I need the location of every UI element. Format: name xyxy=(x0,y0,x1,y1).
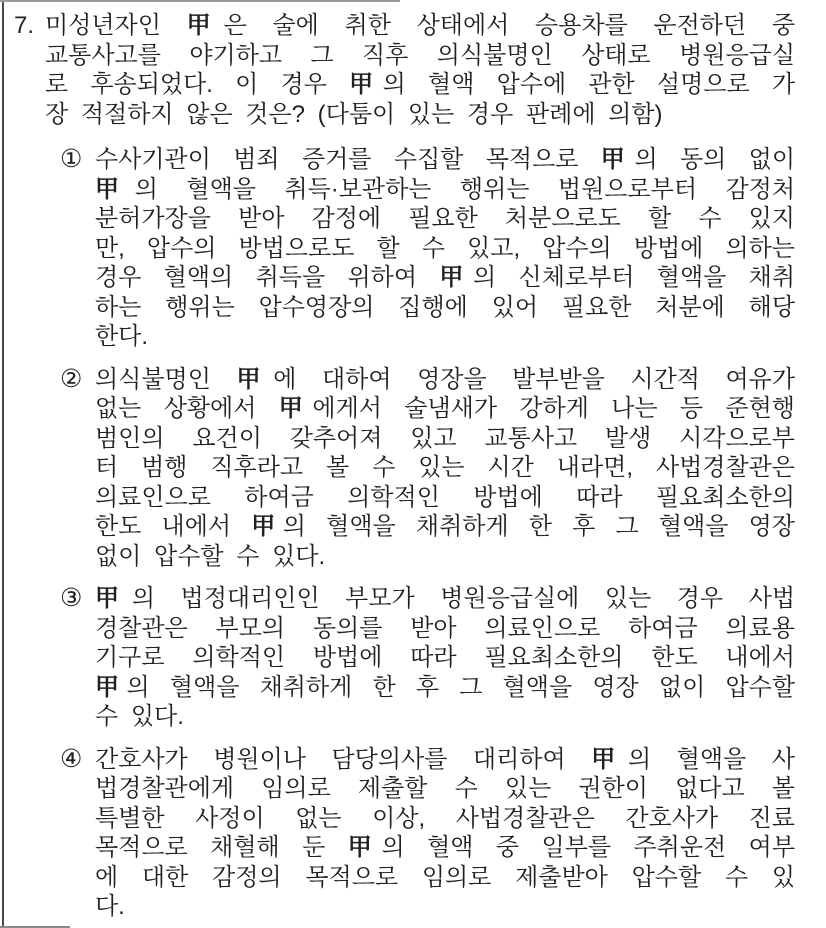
emphasis-hanja: 甲 xyxy=(251,513,283,540)
option-line: 의식불명인 甲에 대하여 영장을 발부받을 시간적 여유가 xyxy=(95,365,795,395)
option-line: 터 범행 직후라고 볼 수 있는 시간 내라면, 사법경찰관은 xyxy=(95,453,795,483)
option-line: 없이 압수할 수 있다. xyxy=(95,542,795,572)
question-line: 미성년자인 甲은 술에 취한 상태에서 승용차를 운전하던 중 xyxy=(45,11,795,41)
option-line: 경우 혈액의 취득을 위하여 甲의 신체로부터 혈액을 채취 xyxy=(95,263,795,293)
option-item: ④간호사가 병원이나 담당의사를 대리하여 甲의 혈액을 사법경찰관에게 임의로… xyxy=(60,745,795,922)
option-line: 범인의 요건이 갖추어져 있고 교통사고 발생 시각으로부 xyxy=(95,424,795,454)
option-line: 甲의 법정대리인인 부모가 병원응급실에 있는 경우 사법 xyxy=(95,584,795,614)
option-line: 법경찰관에게 임의로 제출할 수 있는 권한이 없다고 볼 xyxy=(95,774,795,804)
option-line: 하는 행위는 압수영장의 집행에 있어 필요한 처분에 해당 xyxy=(95,293,795,323)
scan-top-hairline xyxy=(0,0,400,2)
emphasis-hanja: 甲 xyxy=(95,585,132,612)
option-line: 수사기관이 범죄 증거를 수집할 목적으로 甲의 동의 없이 xyxy=(95,145,795,175)
option-line: 만, 압수의 방법으로도 할 수 있고, 압수의 방법에 의하는 xyxy=(95,234,795,264)
option-line: 없는 상황에서 甲에게서 술냄새가 강하게 나는 등 준현행 xyxy=(95,394,795,424)
emphasis-hanja: 甲 xyxy=(349,71,383,98)
option-line: 특별한 사정이 없는 이상, 사법경찰관은 간호사가 진료 xyxy=(95,804,795,834)
question-line: 로 후송되었다. 이 경우 甲의 혈액 압수에 관한 설명으로 가 xyxy=(45,70,795,100)
column-divider-line xyxy=(2,0,4,928)
question-block: 7. 미성년자인 甲은 술에 취한 상태에서 승용차를 운전하던 중교통사고를 … xyxy=(14,11,795,129)
emphasis-hanja: 甲 xyxy=(439,264,473,291)
option-line: 甲의 혈액을 취득·보관하는 행위는 법원으로부터 감정처 xyxy=(95,175,795,205)
question-lines: 미성년자인 甲은 술에 취한 상태에서 승용차를 운전하던 중교통사고를 야기하… xyxy=(45,11,795,129)
option-line: 수 있다. xyxy=(95,702,795,732)
question-number: 7. xyxy=(14,11,34,41)
option-line: 목적으로 채혈해 둔 甲의 혈액 중 일부를 주취운전 여부 xyxy=(95,833,795,863)
option-marker: ① xyxy=(60,145,82,175)
option-line: 의료인으로 하여금 의학적인 방법에 따라 필요최소한의 xyxy=(95,483,795,513)
question-line: 장 적절하지 않은 것은? (다툼이 있는 경우 판례에 의함) xyxy=(45,100,795,130)
emphasis-hanja: 甲 xyxy=(95,176,135,203)
emphasis-hanja: 甲 xyxy=(95,674,127,701)
emphasis-hanja: 甲 xyxy=(236,366,273,393)
exam-question-page: 7. 미성년자인 甲은 술에 취한 상태에서 승용차를 운전하던 중교통사고를 … xyxy=(14,11,795,922)
emphasis-hanja: 甲 xyxy=(279,395,313,422)
option-line: 甲의 혈액을 채취하게 한 후 그 혈액을 영장 없이 압수할 xyxy=(95,673,795,703)
option-line: 한도 내에서 甲의 혈액을 채취하게 한 후 그 혈액을 영장 xyxy=(95,512,795,542)
option-marker: ② xyxy=(60,365,82,395)
options-list: ①수사기관이 범죄 증거를 수집할 목적으로 甲의 동의 없이甲의 혈액을 취득… xyxy=(14,145,795,922)
emphasis-hanja: 甲 xyxy=(601,146,635,173)
emphasis-hanja: 甲 xyxy=(187,12,224,39)
emphasis-hanja: 甲 xyxy=(348,834,382,861)
option-line: 한다. xyxy=(95,322,795,352)
option-item: ③甲의 법정대리인인 부모가 병원응급실에 있는 경우 사법경찰관은 부모의 동… xyxy=(60,584,795,732)
option-line: 경찰관은 부모의 동의를 받아 의료인으로 하여금 의료용 xyxy=(95,614,795,644)
question-line: 교통사고를 야기하고 그 직후 의식불명인 상태로 병원응급실 xyxy=(45,41,795,71)
option-item: ①수사기관이 범죄 증거를 수집할 목적으로 甲의 동의 없이甲의 혈액을 취득… xyxy=(60,145,795,352)
option-item: ②의식불명인 甲에 대하여 영장을 발부받을 시간적 여유가없는 상황에서 甲에… xyxy=(60,365,795,572)
option-line: 에 대한 감정의 목적으로 임의로 제출받아 압수할 수 있 xyxy=(95,863,795,893)
option-line: 간호사가 병원이나 담당의사를 대리하여 甲의 혈액을 사 xyxy=(95,745,795,775)
emphasis-hanja: 甲 xyxy=(591,746,628,773)
option-marker: ③ xyxy=(60,584,82,614)
option-line: 기구로 의학적인 방법에 따라 필요최소한의 한도 내에서 xyxy=(95,643,795,673)
option-line: 분허가장을 받아 감정에 필요한 처분으로도 할 수 있지 xyxy=(95,204,795,234)
option-marker: ④ xyxy=(60,745,82,775)
option-line: 다. xyxy=(95,892,795,922)
